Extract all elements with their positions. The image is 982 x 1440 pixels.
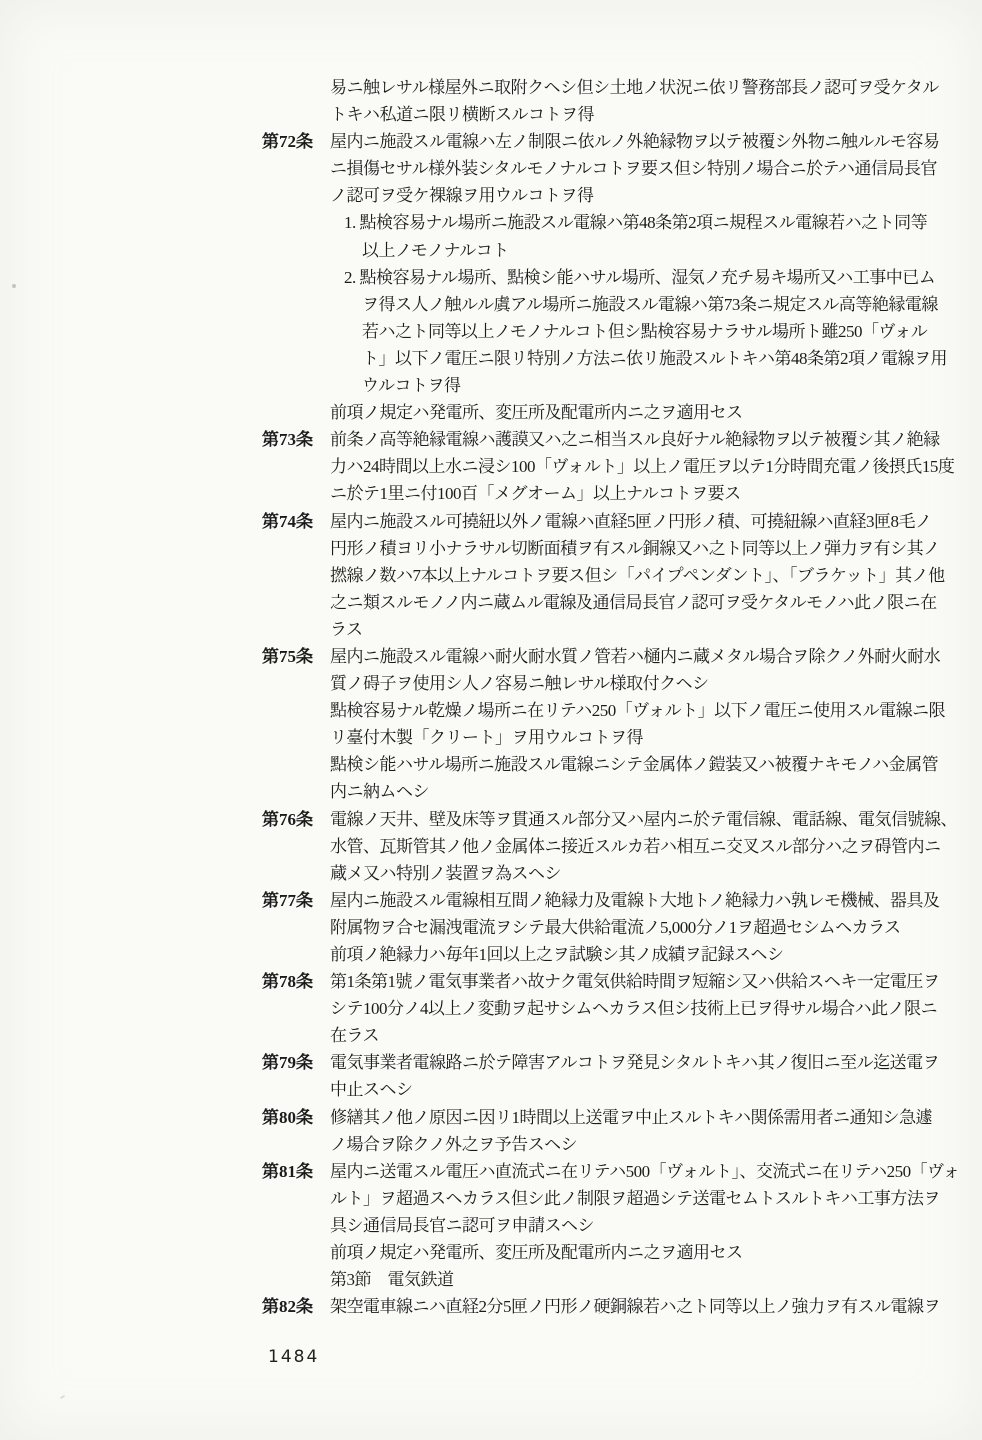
document-text: 易ニ触レサル様屋外ニ取附クヘシ但シ土地ノ状況ニ依リ警務部長ノ認可ヲ受ケタルトキハ… (0, 74, 982, 1320)
article-number: 第80条 (262, 1104, 330, 1131)
line-text: 屋内ニ施設スル電線ハ左ノ制限ニ依ルノ外絶縁物ヲ以テ被覆シ外物ニ触ルルモ容易 (330, 132, 939, 151)
line-text: 屋内ニ施設スル電線ハ耐火耐水質ノ管若ハ樋内ニ蔵メタル場合ヲ除クノ外耐火耐水 (330, 647, 940, 666)
text-line: ルト」ヲ超過スヘカラス但シ此ノ制限ヲ超過シテ送電セムトスルトキハ工事方法ヲ (0, 1185, 982, 1212)
line-text: 附属物ヲ合セ漏洩電流ヲシテ最大供給電流ノ5,000分ノ1ヲ超過セシムヘカラス (330, 918, 901, 937)
line-text: 電線ノ天井、壁及床等ヲ貫通スル部分又ハ屋内ニ於テ電信線、電話線、電気信號線、 (330, 810, 957, 829)
text-line: ウルコトヲ得 (0, 372, 982, 399)
line-text: シテ100分ノ4以上ノ変動ヲ起サシムヘカラス但シ技術上已ヲ得サル場合ハ此ノ限ニ (330, 999, 937, 1018)
line-text: 蔵メ又ハ特別ノ装置ヲ為スヘシ (330, 864, 561, 883)
text-line: トキハ私道ニ限リ横断スルコトヲ得 (0, 101, 982, 128)
article-number: 第79条 (262, 1049, 330, 1076)
line-text: 質ノ碍子ヲ使用シ人ノ容易ニ触レサル様取付クヘシ (330, 674, 709, 693)
text-line: 若ハ之ト同等以上ノモノナルコト但シ點検容易ナラサル場所ト雖250「ヴォル (0, 318, 982, 345)
line-text: ニ損傷セサル様外装シタルモノナルコトヲ要ス但シ特別ノ場合ニ於テハ通信局長官 (330, 159, 937, 178)
text-line: 點検シ能ハサル場所ニ施設スル電線ニシテ金属体ノ鎧装又ハ被覆ナキモノハ金属管 (0, 751, 982, 778)
text-line: 前項ノ絶縁力ハ毎年1回以上之ヲ試験シ其ノ成績ヲ記録スヘシ (0, 941, 982, 968)
line-text: ルト」ヲ超過スヘカラス但シ此ノ制限ヲ超過シテ送電セムトスルトキハ工事方法ヲ (330, 1189, 940, 1208)
text-line: 蔵メ又ハ特別ノ装置ヲ為スヘシ (0, 860, 982, 887)
line-text: 前項ノ規定ハ発電所、変圧所及配電所内ニ之ヲ適用セス (330, 1243, 743, 1262)
line-text: 點検容易ナル乾燥ノ場所ニ在リテハ250「ヴォルト」以下ノ電圧ニ使用スル電線ニ限 (330, 701, 945, 720)
article-line: 第78条第1条第1號ノ電気事業者ハ故ナク電気供給時間ヲ短縮シ又ハ供給スヘキ一定電… (0, 968, 982, 995)
article-line: 第72条屋内ニ施設スル電線ハ左ノ制限ニ依ルノ外絶縁物ヲ以テ被覆シ外物ニ触ルルモ容… (0, 128, 982, 155)
scan-speck (60, 1395, 65, 1399)
text-line: ニ於テ1里ニ付100百「メグオーム」以上ナルコトヲ要ス (0, 480, 982, 507)
line-text: リ臺付木製「クリート」ヲ用ウルコトヲ得 (330, 728, 643, 747)
line-text: ラス (330, 620, 363, 639)
article-line: 第74条屋内ニ施設スル可撓紐以外ノ電線ハ直経5匣ノ円形ノ積、可撓紐線ハ直経3匣8… (0, 508, 982, 535)
text-line: ラス (0, 616, 982, 643)
line-text: 力ハ24時間以上水ニ浸シ100「ヴォルト」以上ノ電圧ヲ以テ1分時間充電ノ後摂氏1… (330, 457, 954, 476)
text-line: 在ラス (0, 1022, 982, 1049)
text-line: 内ニ納ムヘシ (0, 778, 982, 805)
line-text: 中止スヘシ (330, 1080, 413, 1099)
article-number: 第81条 (262, 1158, 330, 1185)
line-text: 具シ通信局長官ニ認可ヲ申請スヘシ (330, 1216, 594, 1235)
text-line: 前項ノ規定ハ発電所、変圧所及配電所内ニ之ヲ適用セス (0, 1239, 982, 1266)
text-line: 點検容易ナル乾燥ノ場所ニ在リテハ250「ヴォルト」以下ノ電圧ニ使用スル電線ニ限 (0, 697, 982, 724)
text-line: 撚線ノ数ハ7本以上ナルコトヲ要ス但シ「パイプペンダント」、「ブラケット」其ノ他 (0, 562, 982, 589)
article-number: 第74条 (262, 508, 330, 535)
line-text: 1. 點検容易ナル場所ニ施設スル電線ハ第48条第2項ニ規程スル電線若ハ之ト同等 (344, 213, 927, 232)
line-text: 若ハ之ト同等以上ノモノナルコト但シ點検容易ナラサル場所ト雖250「ヴォル (362, 322, 927, 341)
text-line: 以上ノモノナルコト (0, 237, 982, 264)
text-line: 第3節 電気鉄道 (0, 1266, 982, 1293)
line-text: 電気事業者電線路ニ於テ障害アルコトヲ発見シタルトキハ其ノ復旧ニ至ル迄送電ヲ (330, 1053, 939, 1072)
text-line: 中止スヘシ (0, 1076, 982, 1103)
line-text: ノ認可ヲ受ケ裸線ヲ用ウルコトヲ得 (330, 186, 594, 205)
text-line: 水管、瓦斯管其ノ他ノ金属体ニ接近スルカ若ハ相互ニ交叉スル部分ハ之ヲ碍管内ニ (0, 833, 982, 860)
article-number: 第72条 (262, 128, 330, 155)
article-number: 第73条 (262, 426, 330, 453)
article-line: 第76条電線ノ天井、壁及床等ヲ貫通スル部分又ハ屋内ニ於テ電信線、電話線、電気信號… (0, 806, 982, 833)
line-text: トキハ私道ニ限リ横断スルコトヲ得 (330, 105, 594, 124)
text-line: 1. 點検容易ナル場所ニ施設スル電線ハ第48条第2項ニ規程スル電線若ハ之ト同等 (0, 209, 982, 236)
text-line: シテ100分ノ4以上ノ変動ヲ起サシムヘカラス但シ技術上已ヲ得サル場合ハ此ノ限ニ (0, 995, 982, 1022)
article-line: 第75条屋内ニ施設スル電線ハ耐火耐水質ノ管若ハ樋内ニ蔵メタル場合ヲ除クノ外耐火耐… (0, 643, 982, 670)
text-line: 2. 點検容易ナル場所、點検シ能ハサル場所、湿気ノ充チ易キ場所又ハ工事中已ム (0, 264, 982, 291)
line-text: 屋内ニ送電スル電圧ハ直流式ニ在リテハ500「ヴォルト」、交流式ニ在リテハ250「… (330, 1162, 959, 1181)
line-text: ヲ得ス人ノ触ルル虞アル場所ニ施設スル電線ハ第73条ニ規定スル高等絶縁電線 (362, 295, 938, 314)
line-text: 水管、瓦斯管其ノ他ノ金属体ニ接近スルカ若ハ相互ニ交叉スル部分ハ之ヲ碍管内ニ (330, 837, 941, 856)
article-number: 第77条 (262, 887, 330, 914)
line-text: 内ニ納ムヘシ (330, 782, 429, 801)
line-text: ニ於テ1里ニ付100百「メグオーム」以上ナルコトヲ要ス (330, 484, 741, 503)
article-line: 第80条修繕其ノ他ノ原因ニ因リ1時間以上送電ヲ中止スルトキハ関係需用者ニ通知シ急… (0, 1104, 982, 1131)
text-line: 具シ通信局長官ニ認可ヲ申請スヘシ (0, 1212, 982, 1239)
line-text: ト」以下ノ電圧ニ限リ特別ノ方法ニ依リ施設スルトキハ第48条第2項ノ電線ヲ用 (362, 349, 947, 368)
line-text: 屋内ニ施設スル可撓紐以外ノ電線ハ直経5匣ノ円形ノ積、可撓紐線ハ直経3匣8毛ノ (330, 512, 932, 531)
line-text: 修繕其ノ他ノ原因ニ因リ1時間以上送電ヲ中止スルトキハ関係需用者ニ通知シ急遽 (330, 1108, 932, 1127)
text-line: ト」以下ノ電圧ニ限リ特別ノ方法ニ依リ施設スルトキハ第48条第2項ノ電線ヲ用 (0, 345, 982, 372)
text-line: ニ損傷セサル様外装シタルモノナルコトヲ要ス但シ特別ノ場合ニ於テハ通信局長官 (0, 155, 982, 182)
line-text: 第3節 電気鉄道 (330, 1270, 454, 1289)
article-line: 第81条屋内ニ送電スル電圧ハ直流式ニ在リテハ500「ヴォルト」、交流式ニ在リテハ… (0, 1158, 982, 1185)
text-line: 円形ノ積ヨリ小ナラサル切断面積ヲ有スル銅線又ハ之ト同等以上ノ弾力ヲ有シ其ノ (0, 535, 982, 562)
line-text: 點検シ能ハサル場所ニ施設スル電線ニシテ金属体ノ鎧装又ハ被覆ナキモノハ金属管 (330, 755, 938, 774)
line-text: 第1条第1號ノ電気事業者ハ故ナク電気供給時間ヲ短縮シ又ハ供給スヘキ一定電圧ヲ (330, 972, 939, 991)
article-number: 第78条 (262, 968, 330, 995)
line-text: 易ニ触レサル様屋外ニ取附クヘシ但シ土地ノ状況ニ依リ警務部長ノ認可ヲ受ケタル (330, 78, 939, 97)
text-line: 易ニ触レサル様屋外ニ取附クヘシ但シ土地ノ状況ニ依リ警務部長ノ認可ヲ受ケタル (0, 74, 982, 101)
line-text: ノ場合ヲ除クノ外之ヲ予告スヘシ (330, 1135, 577, 1154)
article-line: 第79条電気事業者電線路ニ於テ障害アルコトヲ発見シタルトキハ其ノ復旧ニ至ル迄送電… (0, 1049, 982, 1076)
line-text: 2. 點検容易ナル場所、點検シ能ハサル場所、湿気ノ充チ易キ場所又ハ工事中已ム (344, 268, 935, 287)
text-line: 質ノ碍子ヲ使用シ人ノ容易ニ触レサル様取付クヘシ (0, 670, 982, 697)
article-line: 第82条架空電車線ニハ直経2分5匣ノ円形ノ硬銅線若ハ之ト同等以上ノ強力ヲ有スル電… (0, 1293, 982, 1320)
line-text: ウルコトヲ得 (362, 376, 461, 395)
line-text: 前条ノ高等絶縁電線ハ護謨又ハ之ニ相当スル良好ナル絶縁物ヲ以テ被覆シ其ノ絶縁 (330, 430, 940, 449)
line-text: 以上ノモノナルコト (362, 241, 509, 260)
text-line: ヲ得ス人ノ触ルル虞アル場所ニ施設スル電線ハ第73条ニ規定スル高等絶縁電線 (0, 291, 982, 318)
line-text: 前項ノ絶縁力ハ毎年1回以上之ヲ試験シ其ノ成績ヲ記録スヘシ (330, 945, 784, 964)
text-line: 前項ノ規定ハ発電所、変圧所及配電所内ニ之ヲ適用セス (0, 399, 982, 426)
scan-speck (12, 284, 16, 288)
line-text: 円形ノ積ヨリ小ナラサル切断面積ヲ有スル銅線又ハ之ト同等以上ノ弾力ヲ有シ其ノ (330, 539, 940, 558)
line-text: 前項ノ規定ハ発電所、変圧所及配電所内ニ之ヲ適用セス (330, 403, 743, 422)
text-line: ノ場合ヲ除クノ外之ヲ予告スヘシ (0, 1131, 982, 1158)
text-line: 之ニ類スルモノノ内ニ蔵ムル電線及通信局長官ノ認可ヲ受ケタルモノハ此ノ限ニ在 (0, 589, 982, 616)
line-text: 撚線ノ数ハ7本以上ナルコトヲ要ス但シ「パイプペンダント」、「ブラケット」其ノ他 (330, 566, 945, 585)
article-number: 第76条 (262, 806, 330, 833)
line-text: 之ニ類スルモノノ内ニ蔵ムル電線及通信局長官ノ認可ヲ受ケタルモノハ此ノ限ニ在 (330, 593, 937, 612)
line-text: 在ラス (330, 1026, 379, 1045)
page-number: 1484 (268, 1344, 319, 1371)
line-text: 屋内ニ施設スル電線相互間ノ絶縁力及電線ト大地トノ絶縁力ハ孰レモ機械、器具及 (330, 891, 939, 910)
text-line: リ臺付木製「クリート」ヲ用ウルコトヲ得 (0, 724, 982, 751)
line-text: 架空電車線ニハ直経2分5匣ノ円形ノ硬銅線若ハ之ト同等以上ノ強力ヲ有スル電線ヲ (330, 1297, 940, 1316)
text-line: 力ハ24時間以上水ニ浸シ100「ヴォルト」以上ノ電圧ヲ以テ1分時間充電ノ後摂氏1… (0, 453, 982, 480)
article-line: 第77条屋内ニ施設スル電線相互間ノ絶縁力及電線ト大地トノ絶縁力ハ孰レモ機械、器具… (0, 887, 982, 914)
article-number: 第82条 (262, 1293, 330, 1320)
text-line: ノ認可ヲ受ケ裸線ヲ用ウルコトヲ得 (0, 182, 982, 209)
text-line: 附属物ヲ合セ漏洩電流ヲシテ最大供給電流ノ5,000分ノ1ヲ超過セシムヘカラス (0, 914, 982, 941)
article-line: 第73条前条ノ高等絶縁電線ハ護謨又ハ之ニ相当スル良好ナル絶縁物ヲ以テ被覆シ其ノ絶… (0, 426, 982, 453)
article-number: 第75条 (262, 643, 330, 670)
scanned-page: 易ニ触レサル様屋外ニ取附クヘシ但シ土地ノ状況ニ依リ警務部長ノ認可ヲ受ケタルトキハ… (0, 0, 982, 1440)
